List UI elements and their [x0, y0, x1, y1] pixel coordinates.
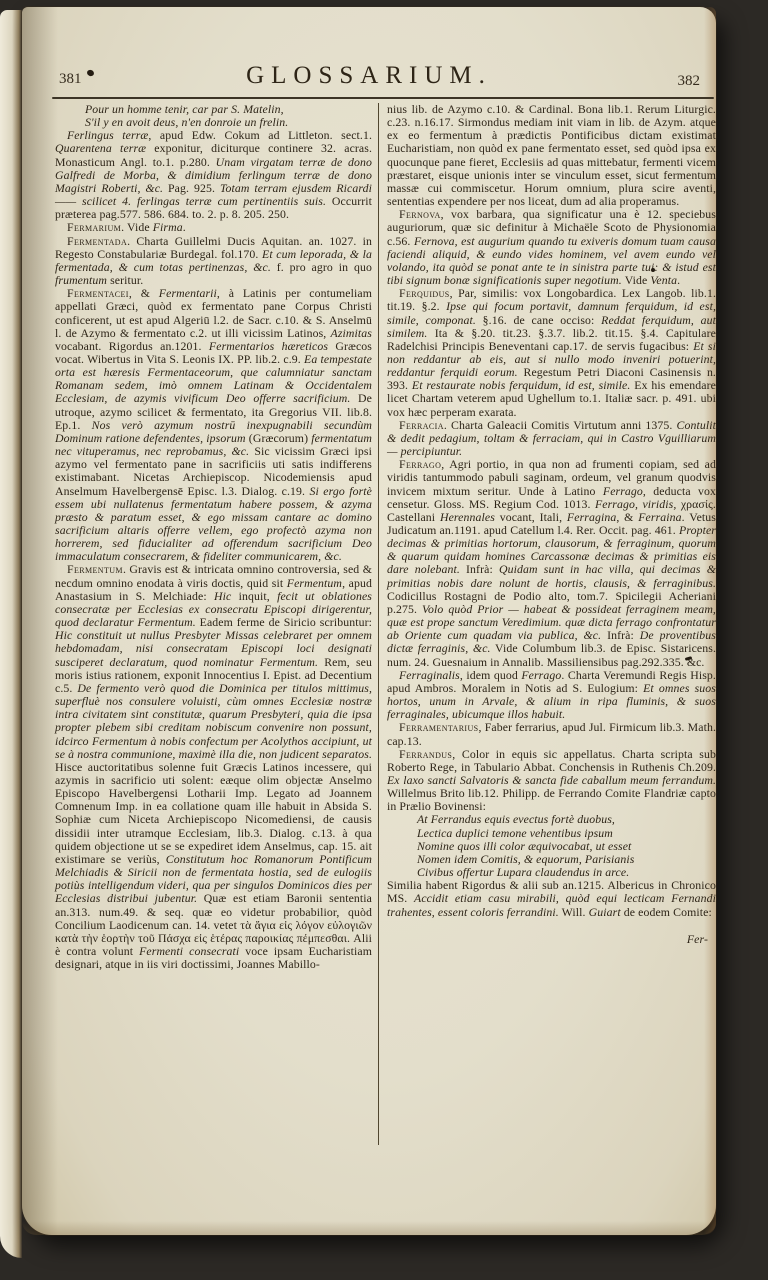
ferrandus-continuation: Similia habent Rigordus & alii sub an.12… [387, 879, 716, 918]
ferrandus-verse: At Ferrandus equis evectus fortè duobus,… [387, 813, 716, 879]
verse-line: At Ferrandus equis evectus fortè duobus, [417, 813, 716, 826]
verse-line: Nomine quos illi color æquivocabat, ut e… [417, 840, 716, 853]
entry-ferraginalis: Ferraginalis, idem quod Ferrago. Charta … [387, 669, 716, 722]
verse-line: Lectica duplici temone vehentibus ipsum [417, 827, 716, 840]
entry-fermentum: Fermentum. Gravis est & intricata omnino… [55, 563, 372, 971]
book-page: 381 GLOSSARIUM. 382 Pour un homme tenir,… [22, 7, 716, 1235]
entry-ferlingus-terrae: Ferlingus terræ, apud Edw. Cokum ad Litt… [55, 129, 372, 221]
entry-ferramentarius: Ferramentarius, Faber ferrarius, apud Ju… [387, 721, 716, 747]
entry-fermentada: Fermentada. Charta Guillelmi Ducis Aquit… [55, 235, 372, 288]
entry-ferlingus-verse: Pour un homme tenir, car par S. Matelin,… [55, 103, 372, 129]
entry-ferrago: Ferrago, Agri portio, in qua non ad frum… [387, 458, 716, 669]
gutter-shadow [22, 7, 58, 1235]
entry-ferrandus: Ferrandus, Color in equis sic appellatus… [387, 748, 716, 814]
page-edge-shadow-bottom [22, 1221, 716, 1235]
fermentum-continuation: nius lib. de Azymo c.10. & Cardinal. Bon… [387, 103, 716, 208]
ink-spot [651, 268, 655, 272]
entry-ferquidus: Ferquidus, Par, similis: vox Longobardic… [387, 287, 716, 419]
entry-fernova: Fernova, vox barbara, qua significatur u… [387, 208, 716, 287]
header-rule [52, 97, 714, 99]
column-divider [378, 103, 379, 1145]
photo-backdrop: { "page": { "left_page_number": "381", "… [0, 0, 768, 1280]
right-column: nius lib. de Azymo c.10. & Cardinal. Bon… [387, 103, 716, 946]
entry-ferracia: Ferracia. Charta Galeacii Comitis Virtut… [387, 419, 716, 458]
entry-fermentacei: Fermentacei, & Fermentarii, à Latinis pe… [55, 287, 372, 563]
right-page-number: 382 [678, 73, 701, 90]
adjacent-page-edge [0, 10, 22, 1258]
catchword: Fer- [387, 933, 716, 946]
page-title: GLOSSARIUM. [22, 62, 716, 90]
left-column: Pour un homme tenir, car par S. Matelin,… [55, 103, 372, 971]
